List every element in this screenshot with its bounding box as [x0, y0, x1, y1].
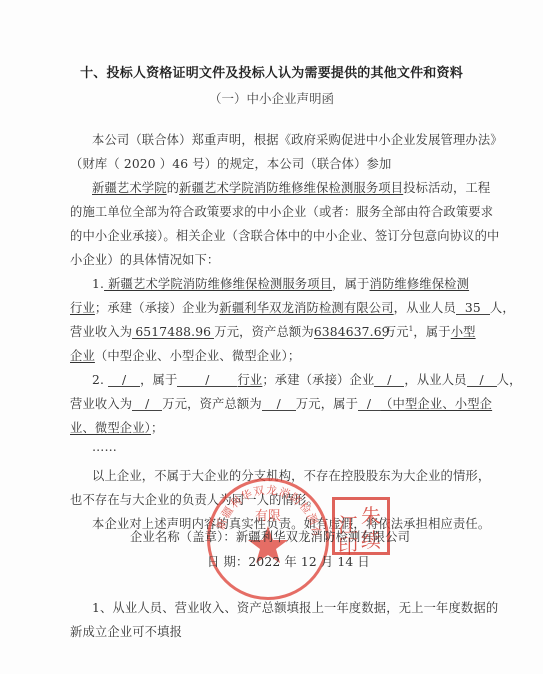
staff-unit: 人，	[490, 301, 515, 315]
item-2-industry-blank: /	[177, 374, 237, 387]
section-title: 十、投标人资格证明文件及投标人认为需要提供的其他文件和资料	[0, 62, 543, 81]
item-2-contractor-blank: /	[374, 374, 404, 387]
text-belongs-2: ，属于	[413, 325, 450, 339]
revenue-unit: 万元，资产总额为	[214, 325, 314, 339]
revenue-label: 营业收入为	[70, 325, 132, 339]
text-de: 的	[167, 181, 179, 195]
size-options-a: （中型企业、小型企	[380, 397, 492, 411]
item-1-contractor: 新疆利华双龙消防检测有限公司	[219, 301, 393, 315]
item-1-line-2: 行业；承建（承接）企业为新疆利华双龙消防检测有限公司，从业人员35人，	[70, 298, 515, 316]
assets-unit: 万元	[384, 325, 409, 339]
item-2-line-1: 2. /，属于/行业；承建（承接）企业/，从业人员/人，	[92, 370, 522, 388]
item-1-industry: 消防维修维保检测	[370, 277, 470, 291]
paragraph-1-line-1: 本公司（联合体）郑重声明，根据《政府采购促进中小企业发展管理办法》	[92, 130, 503, 148]
item-1-project: 新疆艺术学院消防维修维保检测服务项目	[104, 277, 332, 291]
date-label: 日 期：	[207, 555, 248, 569]
item-1-line-4: 企业（中型企业、小型企业、微型企业）；	[70, 346, 300, 364]
item-2-industry-suffix: 行业	[237, 373, 262, 387]
item-1-revenue: 6517488.96	[132, 326, 214, 339]
paragraph-2-line-3: 的中小企业承接）。相关企业（含联合体中的中小企业、签订分包意向协议的中	[70, 226, 500, 244]
item-2-project-blank: /	[108, 374, 140, 387]
item-1-size: 小型	[451, 325, 476, 339]
text-end: ；	[151, 421, 163, 435]
item-2-assets-blank: /	[262, 398, 296, 411]
revenue-unit: 万元，资产总额为	[162, 397, 262, 411]
text-belongs: ，属于	[332, 277, 369, 291]
company-label: 企业名称（盖章）：	[130, 530, 236, 544]
item-2-staff-blank: /	[467, 374, 497, 387]
size-options: （中型企业、小型企业、微型企业）；	[95, 349, 300, 363]
staff-label: ，从业人员	[404, 373, 466, 387]
item-1-line-3: 营业收入为6517488.96万元，资产总额为6384637.69万元1，属于小…	[70, 322, 476, 340]
document-page: 十、投标人资格证明文件及投标人认为需要提供的其他文件和资料 （一）中小企业声明函…	[0, 0, 543, 674]
item-1-line-1: 1. 新疆艺术学院消防维修维保检测服务项目，属于消防维修维保检测	[92, 274, 469, 292]
paragraph-2-line-2: 的施工单位全部为符合政策要求的中小企业（或者：服务全部由符合政策要求	[70, 202, 493, 220]
staff-unit: 人，	[497, 373, 522, 387]
paragraph-2-line-4: 小企业）的具体情况如下：	[70, 250, 219, 268]
assets-unit: 万元，属于	[296, 397, 358, 411]
item-2-size-blank: /	[358, 398, 380, 411]
revenue-label: 营业收入为	[70, 397, 132, 411]
text-belongs: ，属于	[140, 373, 177, 387]
item-1-number: 1.	[92, 277, 104, 291]
text-rest: 投标活动，工程	[403, 181, 490, 195]
contractor-label: ；承建（承接）企业为	[95, 301, 219, 315]
item-1-staff: 35	[456, 302, 490, 315]
company-name: 新疆利华双龙消防检测有限公司	[236, 530, 410, 544]
item-2-number: 2.	[92, 373, 104, 387]
paragraph-3-line-2: 也不存在与大企业的负责人为同一人的情形。	[70, 490, 319, 508]
paragraph-3-line-1: 以上企业，不属于大企业的分支机构，不存在控股股东为大企业的情形，	[92, 466, 490, 484]
item-2-line-3: 业、微型企业）；	[70, 418, 163, 436]
date-line: 日 期：2022 年 12 月 14 日	[207, 552, 370, 570]
item-2-line-2: 营业收入为/万元，资产总额为/万元，属于/（中型企业、小型企	[70, 394, 492, 412]
item-1-assets: 6384637.69	[314, 326, 384, 339]
project-name: 新疆艺术学院消防维修维保检测服务项目	[179, 181, 403, 195]
section-subtitle: （一）中小企业声明函	[0, 89, 543, 107]
item-2-revenue-blank: /	[132, 398, 162, 411]
staff-label: ，从业人员	[394, 301, 456, 315]
item-1-size-suffix: 企业	[70, 349, 95, 363]
purchaser-name: 新疆艺术学院	[92, 181, 167, 195]
size-options-b: 业、微型企业）	[70, 421, 151, 435]
paragraph-2-line-1: 新疆艺术学院的新疆艺术学院消防维修维保检测服务项目投标活动，工程	[92, 178, 490, 196]
company-signature-line: 企业名称（盖章）：新疆利华双龙消防检测有限公司	[130, 527, 410, 545]
item-1-industry-suffix: 行业	[70, 301, 95, 315]
contractor-label: ；承建（承接）企业	[262, 373, 374, 387]
paragraph-1-line-2: （财库（ 2020 ）46 号）的规定，本公司（联合体）参加	[70, 154, 391, 172]
ellipsis: ……	[92, 440, 117, 454]
footnote-line-2: 新成立企业可不填报	[70, 622, 182, 640]
footnote-line-1: 1、从业人员、营业收入、资产总额填报上一年度数据，无上一年度数据的	[92, 598, 498, 616]
date-value: 2022 年 12 月 14 日	[248, 555, 369, 569]
